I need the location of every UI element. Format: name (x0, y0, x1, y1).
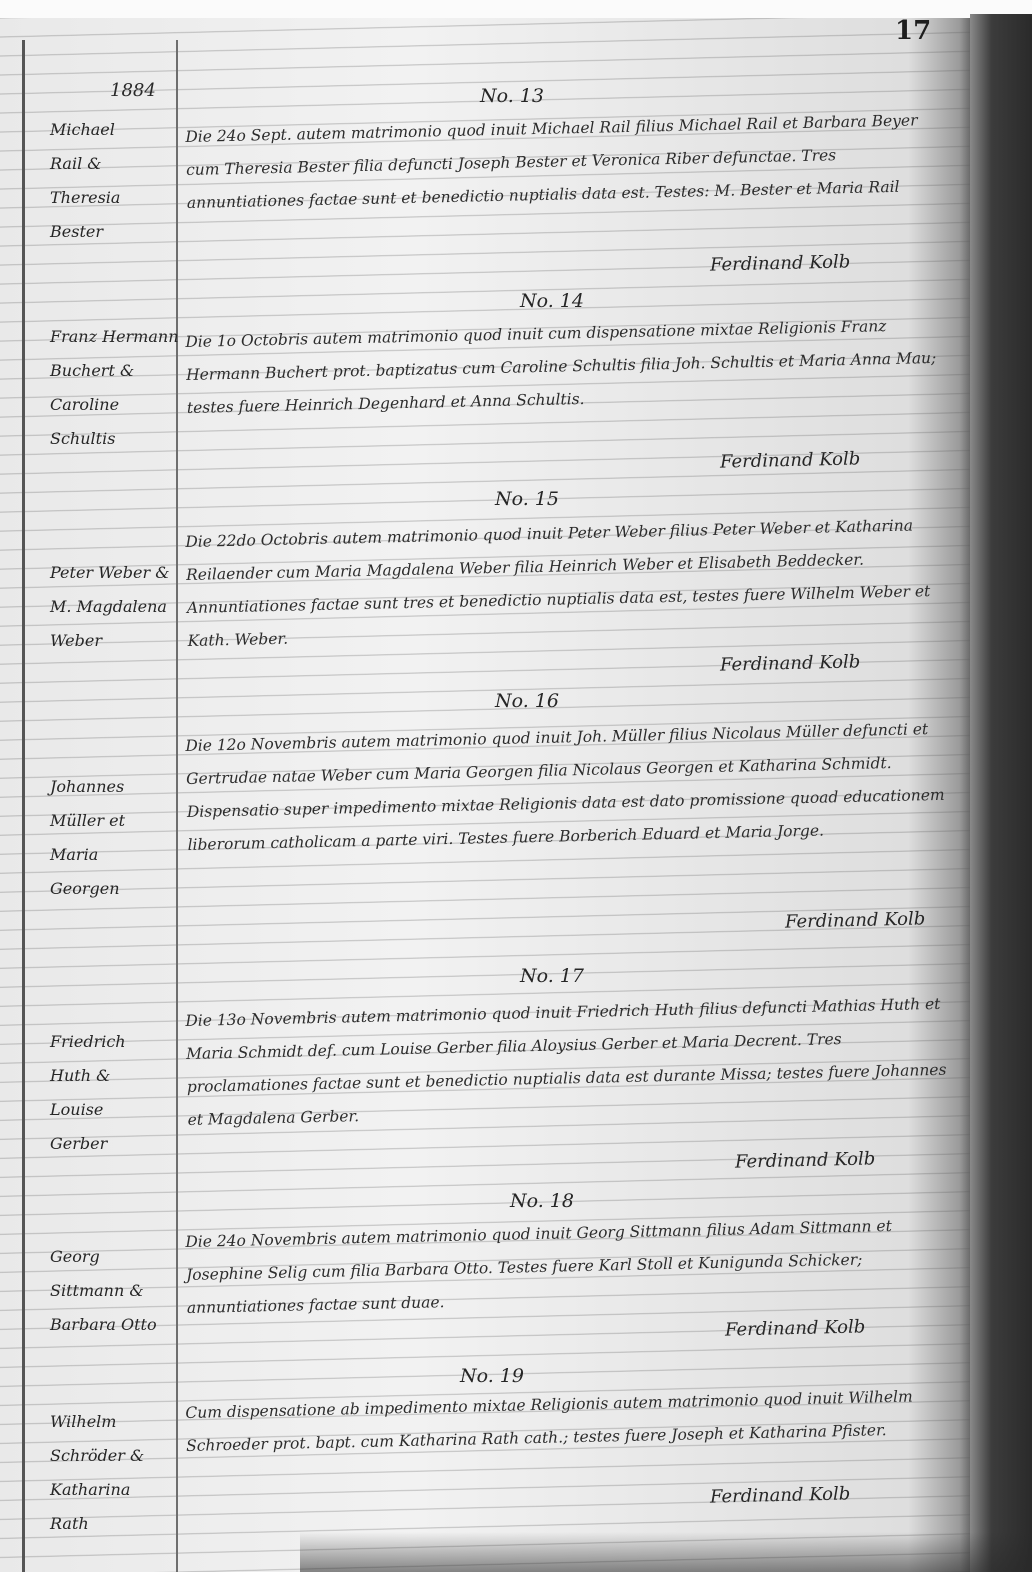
page-top-margin (0, 0, 1032, 18)
margin-names: Johannes Müller et Maria Georgen (50, 770, 180, 906)
entry-text: Die 24o Novembris autem matrimonio quod … (185, 1209, 957, 1325)
margin-name: Johannes (50, 770, 180, 804)
margin-names: Michael Rail & Theresia Bester (50, 113, 180, 249)
margin-name: Maria (50, 838, 180, 872)
margin-name: Caroline (50, 388, 180, 422)
margin-name: Theresia (50, 181, 180, 215)
entry-text: Cum dispensatione ab impedimento mixtae … (185, 1380, 956, 1463)
margin-name: Louise (50, 1093, 180, 1127)
officiant-signature: Ferdinand Kolb (725, 1316, 866, 1340)
margin-name: Gerber (50, 1127, 180, 1161)
officiant-signature: Ferdinand Kolb (710, 1483, 851, 1507)
entry-number: No. 13 (480, 85, 544, 107)
entry-number: No. 17 (520, 965, 584, 987)
margin-name: Peter Weber & (50, 556, 180, 590)
margin-name: Huth & (50, 1059, 180, 1093)
margin-name: Rath (50, 1507, 180, 1541)
officiant-signature: Ferdinand Kolb (710, 251, 851, 275)
marriage-entry-13: No. 13 Michael Rail & Theresia Bester Di… (0, 85, 1032, 285)
entry-number: No. 19 (460, 1365, 524, 1387)
entry-text: Die 12o Novembris autem matrimonio quod … (185, 713, 958, 862)
margin-name: Georgen (50, 872, 180, 906)
margin-names: Georg Sittmann & Barbara Otto (50, 1240, 180, 1342)
margin-names: Friedrich Huth & Louise Gerber (50, 1025, 180, 1161)
margin-names: Franz Hermann Buchert & Caroline Schulti… (50, 320, 180, 456)
entry-text: Die 13o Novembris autem matrimonio quod … (185, 988, 958, 1137)
margin-name: Barbara Otto (50, 1308, 180, 1342)
marriage-entry-17: No. 17 Friedrich Huth & Louise Gerber Di… (0, 965, 1032, 1185)
marriage-entry-15: No. 15 Peter Weber & M. Magdalena Weber … (0, 488, 1032, 688)
margin-name: Sittmann & (50, 1274, 180, 1308)
margin-names: Peter Weber & M. Magdalena Weber (50, 556, 180, 658)
margin-name: Katharina (50, 1473, 180, 1507)
officiant-signature: Ferdinand Kolb (735, 1148, 876, 1172)
margin-name: M. Magdalena (50, 590, 180, 624)
entry-text: Die 22do Octobris autem matrimonio quod … (185, 509, 958, 658)
marriage-entry-18: No. 18 Georg Sittmann & Barbara Otto Die… (0, 1190, 1032, 1360)
margin-name: Georg (50, 1240, 180, 1274)
entry-number: No. 18 (510, 1190, 574, 1212)
margin-name: Schultis (50, 422, 180, 456)
margin-name: Buchert & (50, 354, 180, 388)
margin-name: Rail & (50, 147, 180, 181)
margin-name: Franz Hermann (50, 320, 180, 354)
margin-name: Wilhelm (50, 1405, 180, 1439)
marriage-entry-19: No. 19 Wilhelm Schröder & Katharina Rath… (0, 1365, 1032, 1565)
entry-number: No. 15 (495, 488, 559, 510)
entry-text: Die 1o Octobris autem matrimonio quod in… (185, 309, 957, 425)
margin-name: Michael (50, 113, 180, 147)
margin-names: Wilhelm Schröder & Katharina Rath (50, 1405, 180, 1541)
officiant-signature: Ferdinand Kolb (720, 448, 861, 472)
entry-number: No. 14 (520, 290, 584, 312)
officiant-signature: Ferdinand Kolb (785, 908, 926, 932)
margin-name: Friedrich (50, 1025, 180, 1059)
margin-name: Schröder & (50, 1439, 180, 1473)
entry-number: No. 16 (495, 690, 559, 712)
page-number: 17 (895, 16, 931, 46)
register-page: 17 1884 No. 13 Michael Rail & Theresia B… (0, 0, 1032, 1572)
marriage-entry-16: No. 16 Johannes Müller et Maria Georgen … (0, 690, 1032, 950)
margin-name: Bester (50, 215, 180, 249)
margin-name: Müller et (50, 804, 180, 838)
margin-name: Weber (50, 624, 180, 658)
marriage-entry-14: No. 14 Franz Hermann Buchert & Caroline … (0, 290, 1032, 480)
officiant-signature: Ferdinand Kolb (720, 651, 861, 675)
entry-text: Die 24o Sept. autem matrimonio quod inui… (185, 104, 957, 220)
